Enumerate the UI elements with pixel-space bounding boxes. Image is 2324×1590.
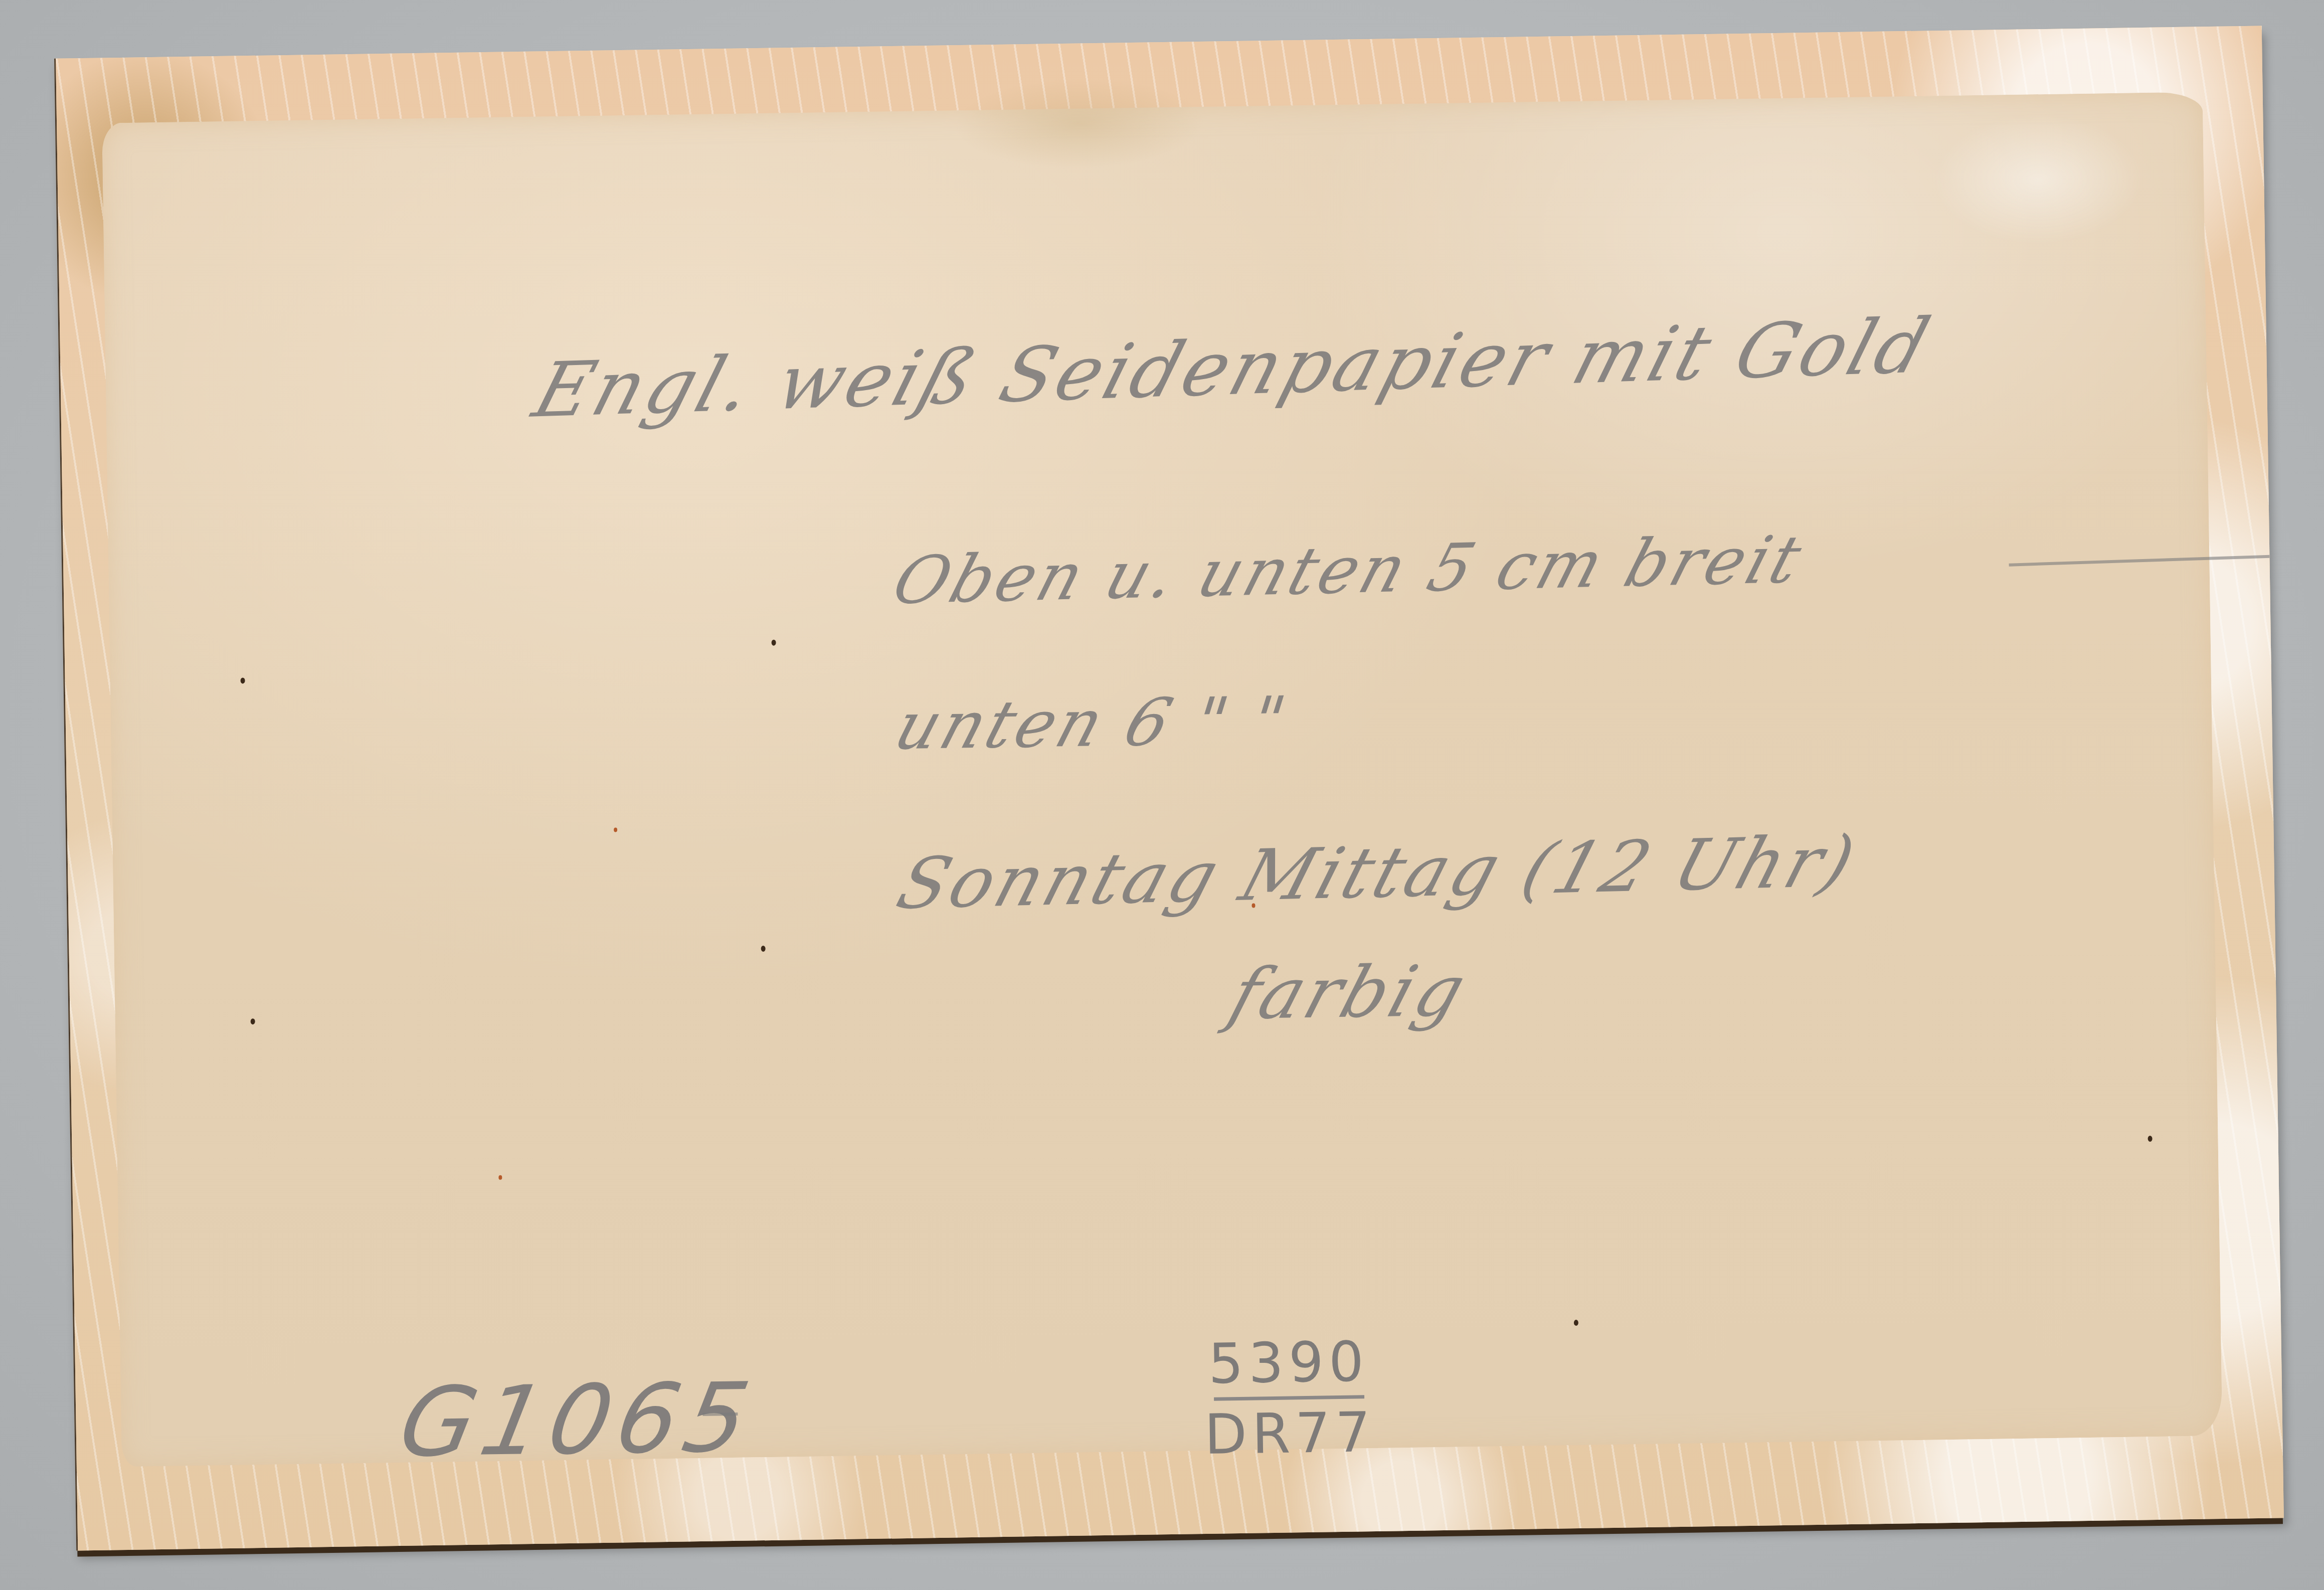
note-line-4: Sonntag Mittag (12 Uhr) [888, 821, 1867, 926]
paper-sheet: Engl. weiß Seidenpapier mit Gold Oben u.… [102, 92, 2222, 1467]
catalog-fraction: 5390 DR77 [1203, 1333, 1375, 1464]
catalog-numerator: 5390 [1203, 1333, 1374, 1393]
note-line-5: farbig [1220, 950, 1478, 1036]
water-stain [1932, 113, 2144, 246]
speck [251, 1018, 255, 1024]
rust-speck [498, 1175, 502, 1180]
catalog-denominator: DR77 [1204, 1403, 1375, 1464]
speck [2148, 1136, 2152, 1142]
speck [772, 640, 776, 646]
pencil-dash [702, 1412, 738, 1416]
speck [1574, 1320, 1578, 1326]
inventory-number: G1065 [391, 1362, 764, 1478]
speck [761, 946, 766, 952]
speck [241, 677, 245, 683]
note-line-1: Engl. weiß Seidenpapier mit Gold [524, 302, 1941, 435]
mount-card: Engl. weiß Seidenpapier mit Gold Oben u.… [54, 26, 2284, 1551]
rust-speck [614, 827, 617, 832]
note-line-3: unten 6 " " [886, 682, 1298, 764]
fraction-bar [1214, 1395, 1364, 1400]
note-line-2: Oben u. unten 5 cm breit [884, 521, 1813, 619]
